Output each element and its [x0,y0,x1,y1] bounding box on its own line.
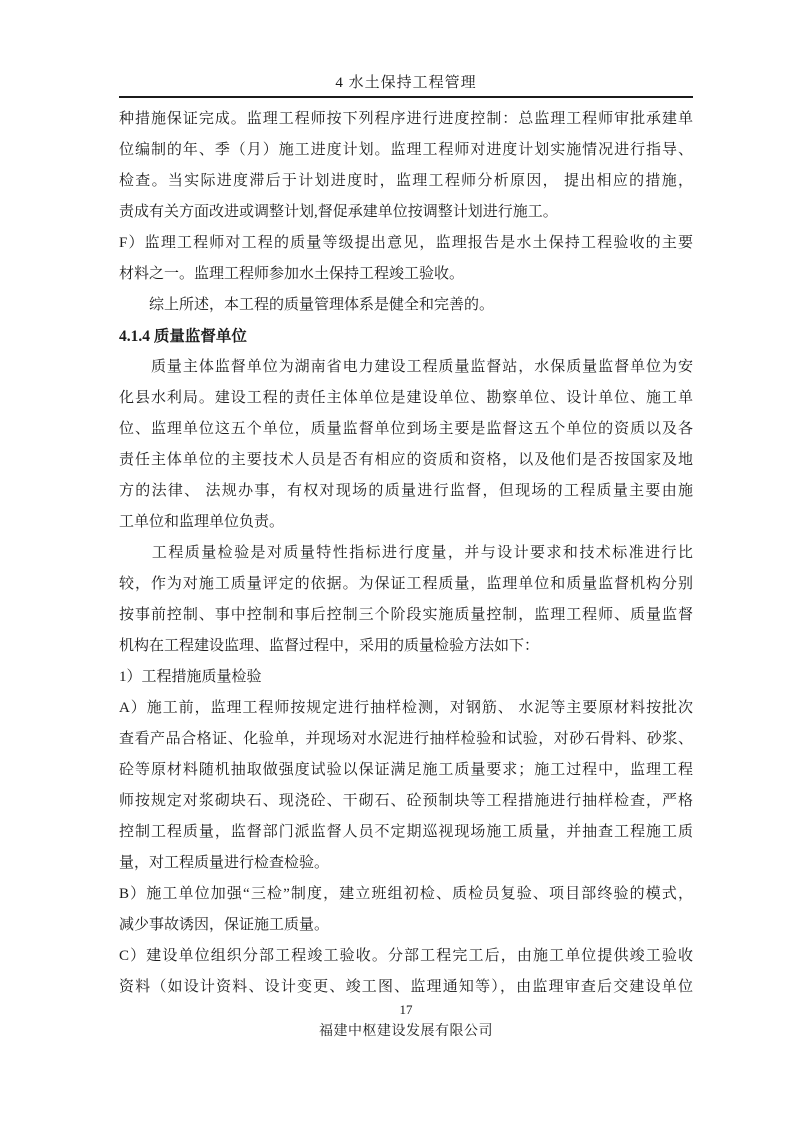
footer-company-name: 福建中枢建设发展有限公司 [119,1020,693,1040]
section-heading: 4.1.4 质量监督单位 [119,321,693,352]
text-line: 位编制的年、季（月）施工进度计划。监理工程师对进度计划实施情况进行指导、 [119,135,693,166]
text-line: 责成有关方面改进或调整计划,督促承建单位按调整计划进行施工。 [119,197,693,228]
text-line: 减少事故诱因，保证施工质量。 [119,910,693,941]
text-line: 工程质量检验是对质量特性指标进行度量，并与设计要求和技术标准进行比 [119,538,693,569]
text-line: 责任主体单位的主要技术人员是否有相应的资质和资格，以及他们是否按国家及地 [119,445,693,476]
text-line: 质量主体监督单位为湖南省电力建设工程质量监督站，水保质量监督单位为安 [119,352,693,383]
text-line: 位、监理单位这五个单位，质量监督单位到场主要是监督这五个单位的资质以及各 [119,414,693,445]
text-line: 查看产品合格证、化验单，并现场对水泥进行抽样检验和试验，对砂石骨料、砂浆、 [119,724,693,755]
page-header-title: 4 水土保持工程管理 [119,71,693,92]
header-rule [119,96,693,98]
text-line: F）监理工程师对工程的质量等级提出意见，监理报告是水土保持工程验收的主要 [119,228,693,259]
text-line: 检查。当实际进度滞后于计划进度时，监理工程师分析原因， 提出相应的措施， [119,166,693,197]
text-line: 师按规定对浆砌块石、现浇砼、干砌石、砼预制块等工程措施进行抽样检查，严格 [119,786,693,817]
text-line: A）施工前，监理工程师按规定进行抽样检测，对钢筋、 水泥等主要原材料按批次 [119,693,693,724]
text-line: 综上所述，本工程的质量管理体系是健全和完善的。 [119,290,693,321]
text-line: 按事前控制、事中控制和事后控制三个阶段实施质量控制，监理工程师、质量监督 [119,600,693,631]
page-number: 17 [119,1002,693,1018]
text-line: 资料（如设计资料、设计变更、竣工图、监理通知等），由监理审查后交建设单位 [119,972,693,1003]
text-line: 1）工程措施质量检验 [119,662,693,693]
document-page: 4 水土保持工程管理 种措施保证完成。监理工程师按下列程序进行进度控制：总监理工… [0,0,793,1122]
text-line: 控制工程质量，监督部门派监督人员不定期巡视现场施工质量，并抽查工程施工质 [119,817,693,848]
text-line: 工单位和监理单位负责。 [119,507,693,538]
text-line: 量，对工程质量进行检查检验。 [119,848,693,879]
text-line: 方的法律、 法规办事，有权对现场的质量进行监督，但现场的工程质量主要由施 [119,476,693,507]
text-line: B）施工单位加强“三检”制度，建立班组初检、质检员复验、项目部终验的模式， [119,879,693,910]
text-line: 种措施保证完成。监理工程师按下列程序进行进度控制：总监理工程师审批承建单 [119,104,693,135]
text-line: C）建设单位组织分部工程竣工验收。分部工程完工后，由施工单位提供竣工验收 [119,941,693,972]
text-line: 砼等原材料随机抽取做强度试验以保证满足施工质量要求；施工过程中，监理工程 [119,755,693,786]
text-line: 化县水利局。建设工程的责任主体单位是建设单位、勘察单位、设计单位、施工单 [119,383,693,414]
text-line: 机构在工程建设监理、监督过程中，采用的质量检验方法如下： [119,631,693,662]
text-line: 较，作为对施工质量评定的依据。为保证工程质量，监理单位和质量监督机构分别 [119,569,693,600]
text-line: 材料之一。监理工程师参加水土保持工程竣工验收。 [119,259,693,290]
document-body: 种措施保证完成。监理工程师按下列程序进行进度控制：总监理工程师审批承建单 位编制… [119,104,693,1003]
